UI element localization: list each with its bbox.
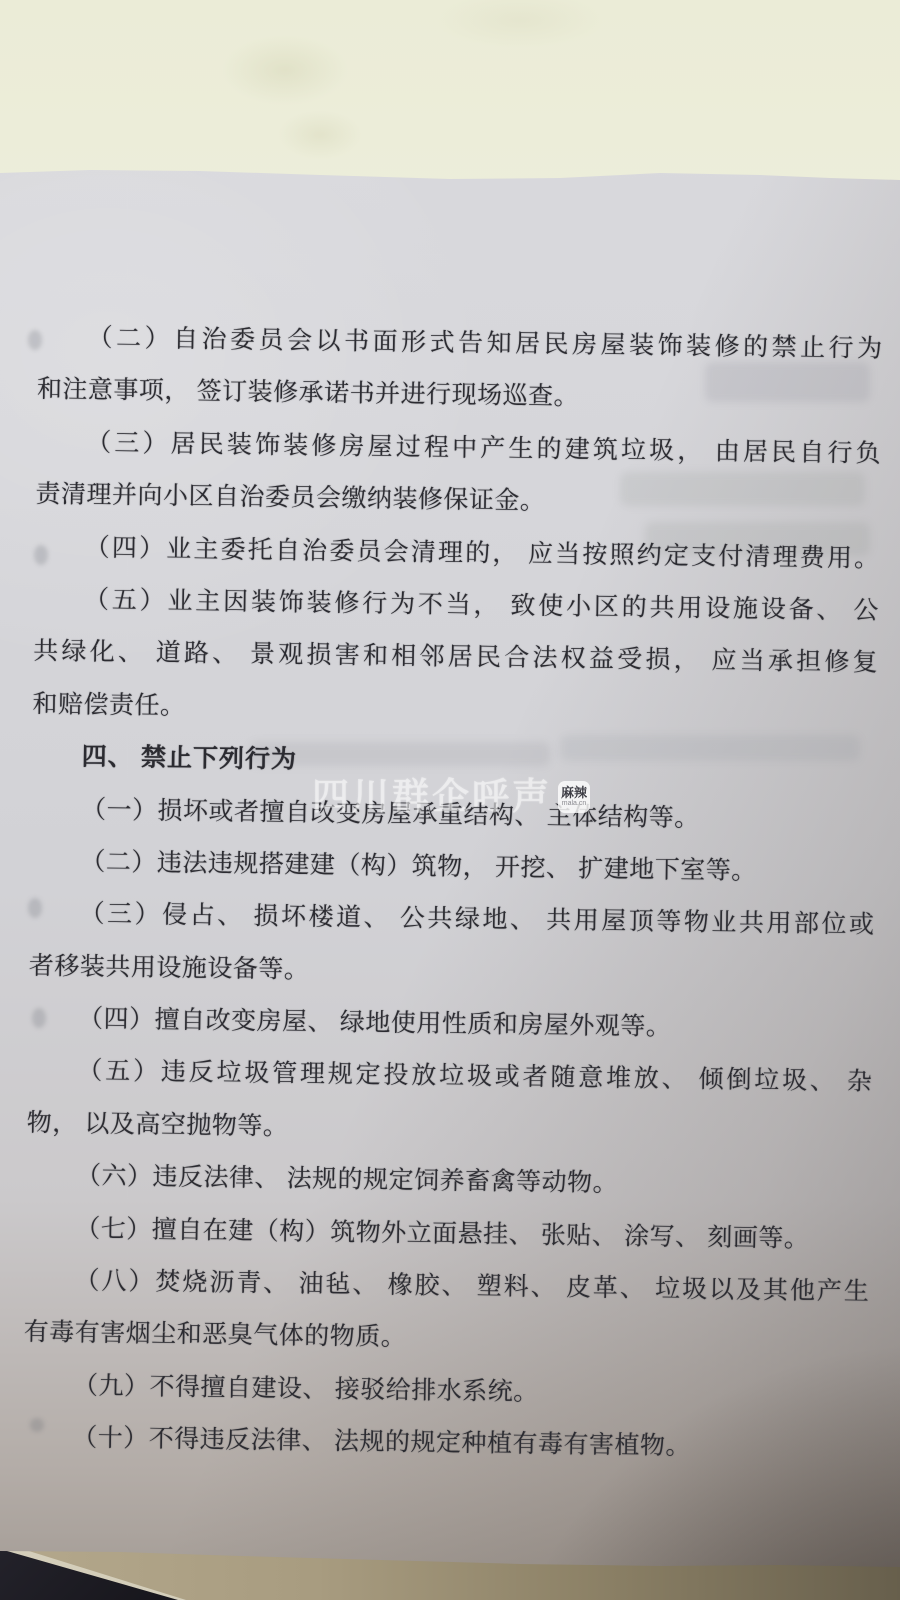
text-line: （十）不得违反法律、 法规的规定种植有毒有害植物。 [22, 1412, 868, 1476]
document-body: （二）自治委员会以书面形式告知居民房屋装饰装修的禁止行为 和注意事项， 签订装修… [22, 312, 883, 1476]
watermark-logo-text: 麻辣 [561, 786, 587, 800]
watermark-text: 四川群企呼声 [312, 778, 552, 815]
watermark: 四川群企呼声 麻辣 mala.cn [312, 778, 590, 815]
photo-scene: （二）自治委员会以书面形式告知居民房屋装饰装修的禁止行为 和注意事项， 签订装修… [0, 0, 900, 1600]
document-page: （二）自治委员会以书面形式告知居民房屋装饰装修的禁止行为 和注意事项， 签订装修… [0, 0, 900, 1600]
mala-logo-icon: 麻辣 mala.cn [558, 781, 590, 813]
watermark-logo-subtext: mala.cn [562, 800, 587, 808]
